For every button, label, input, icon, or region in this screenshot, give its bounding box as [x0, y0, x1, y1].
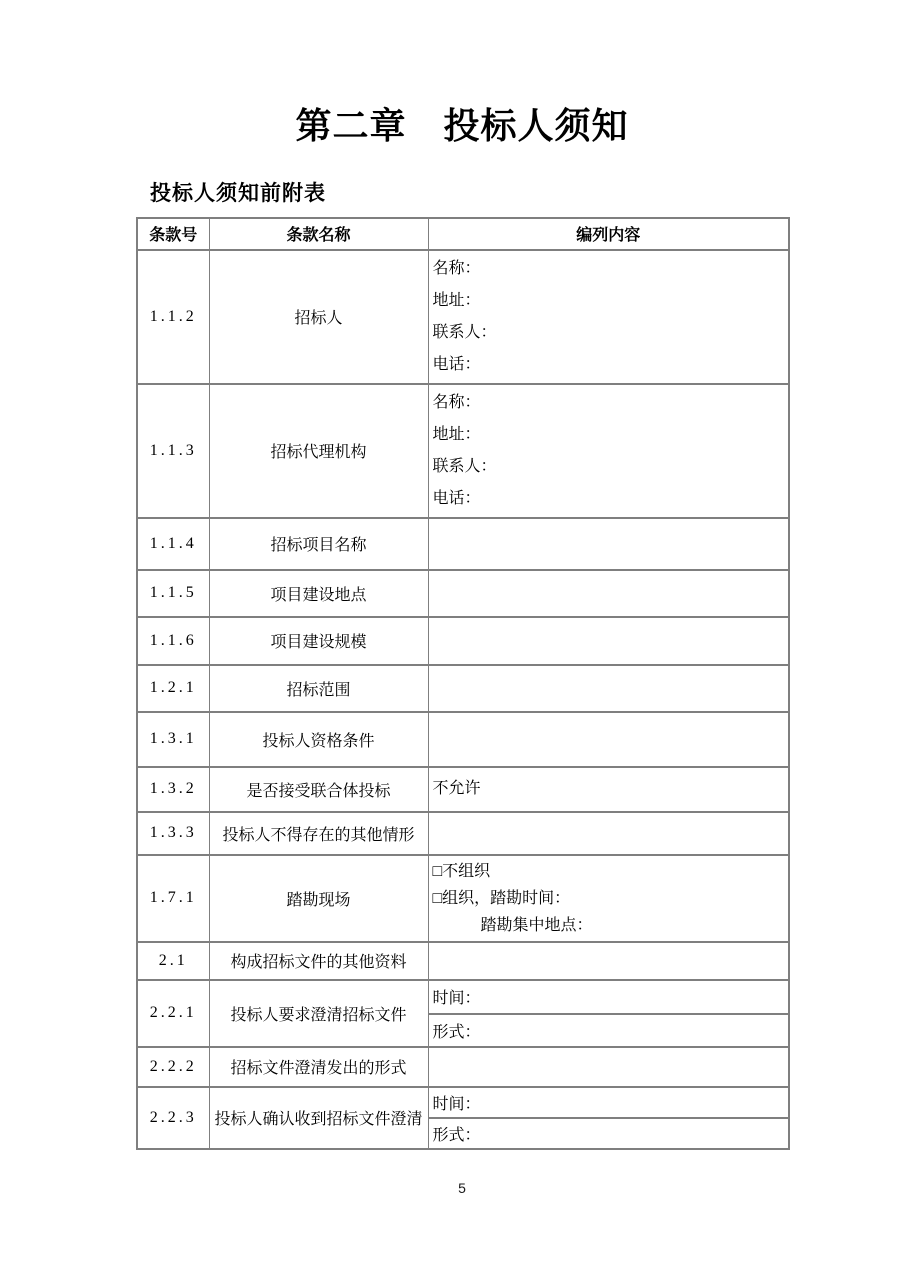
- clause-content: [428, 1047, 789, 1087]
- table-row: 1.1.5 项目建设地点: [137, 570, 789, 617]
- clause-name: 项目建设规模: [209, 617, 428, 665]
- clause-name: 招标文件澄清发出的形式: [209, 1047, 428, 1087]
- clause-name: 招标代理机构: [209, 384, 428, 518]
- content-line: 名称：: [433, 387, 785, 419]
- content-line: 地址：: [433, 285, 785, 317]
- checkbox-line: □不组织: [433, 858, 785, 885]
- clause-name: 投标人不得存在的其他情形: [209, 812, 428, 855]
- clause-no: 1.1.5: [137, 570, 209, 617]
- clause-name: 项目建设地点: [209, 570, 428, 617]
- content-line: 不允许: [433, 778, 785, 800]
- clause-name: 招标范围: [209, 665, 428, 712]
- section-heading: 投标人须知前附表: [150, 177, 788, 207]
- content-line: 电话：: [433, 349, 785, 381]
- clause-content: [428, 665, 789, 712]
- clause-no: 1.3.1: [137, 712, 209, 767]
- clause-name: 投标人确认收到招标文件澄清: [209, 1087, 428, 1149]
- table-header-row: 条款号 条款名称 编列内容: [137, 218, 789, 250]
- header-clause-name: 条款名称: [209, 218, 428, 250]
- table-row: 1.1.4 招标项目名称: [137, 518, 789, 570]
- clause-no: 1.1.2: [137, 250, 209, 384]
- content-line: 踏勘集中地点：: [433, 912, 785, 939]
- table-row: 1.3.3 投标人不得存在的其他情形: [137, 812, 789, 855]
- table-row: 1.1.6 项目建设规模: [137, 617, 789, 665]
- clause-no: 2.1: [137, 942, 209, 980]
- header-content: 编列内容: [428, 218, 789, 250]
- clause-content: [428, 812, 789, 855]
- clause-no: 2.2.3: [137, 1087, 209, 1149]
- clause-name: 构成招标文件的其他资料: [209, 942, 428, 980]
- content-line: 名称：: [433, 253, 785, 285]
- clause-no: 1.1.4: [137, 518, 209, 570]
- content-line: 联系人：: [433, 317, 785, 349]
- clause-content: [428, 518, 789, 570]
- clause-content: [428, 942, 789, 980]
- clause-name: 踏勘现场: [209, 855, 428, 942]
- clause-no: 1.3.3: [137, 812, 209, 855]
- clause-name: 招标人: [209, 250, 428, 384]
- clause-no: 1.3.2: [137, 767, 209, 812]
- clause-content-time: 时间：: [428, 980, 789, 1014]
- table-row: 1.1.2 招标人 名称： 地址： 联系人： 电话：: [137, 250, 789, 384]
- content-line: 联系人：: [433, 451, 785, 483]
- content-block: 第二章 投标人须知 投标人须知前附表 条款号 条款名称 编列内容 1.1.2 招…: [136, 0, 788, 1150]
- clause-no: 1.1.3: [137, 384, 209, 518]
- clause-content: [428, 570, 789, 617]
- clause-no: 2.2.1: [137, 980, 209, 1047]
- clause-name: 投标人要求澄清招标文件: [209, 980, 428, 1047]
- clause-no: 1.7.1: [137, 855, 209, 942]
- clause-content: 名称： 地址： 联系人： 电话：: [428, 384, 789, 518]
- clause-content: [428, 712, 789, 767]
- clause-name: 招标项目名称: [209, 518, 428, 570]
- table-row: 2.2.2 招标文件澄清发出的形式: [137, 1047, 789, 1087]
- clause-content: [428, 617, 789, 665]
- chapter-title: 第二章 投标人须知: [136, 0, 788, 151]
- clause-name: 投标人资格条件: [209, 712, 428, 767]
- table-row: 1.3.1 投标人资格条件: [137, 712, 789, 767]
- page-number: 5: [136, 1180, 788, 1196]
- table-row: 1.7.1 踏勘现场 □不组织 □组织，踏勘时间： 踏勘集中地点：: [137, 855, 789, 942]
- header-clause-no: 条款号: [137, 218, 209, 250]
- table-row: 1.1.3 招标代理机构 名称： 地址： 联系人： 电话：: [137, 384, 789, 518]
- clause-no: 1.1.6: [137, 617, 209, 665]
- clause-name: 是否接受联合体投标: [209, 767, 428, 812]
- clause-content: 不允许: [428, 767, 789, 812]
- content-line: 电话：: [433, 483, 785, 515]
- checkbox-line: □组织，踏勘时间：: [433, 885, 785, 912]
- clause-content: □不组织 □组织，踏勘时间： 踏勘集中地点：: [428, 855, 789, 942]
- clause-no: 2.2.2: [137, 1047, 209, 1087]
- clauses-table: 条款号 条款名称 编列内容 1.1.2 招标人 名称： 地址： 联系人： 电话：: [136, 217, 790, 1150]
- clause-content-time: 时间：: [428, 1087, 789, 1118]
- document-page: 第二章 投标人须知 投标人须知前附表 条款号 条款名称 编列内容 1.1.2 招…: [0, 0, 900, 1272]
- table-row: 2.1 构成招标文件的其他资料: [137, 942, 789, 980]
- table-row: 2.2.3 投标人确认收到招标文件澄清 时间：: [137, 1087, 789, 1118]
- table-row: 1.2.1 招标范围: [137, 665, 789, 712]
- clause-content-form: 形式：: [428, 1118, 789, 1149]
- content-line: 地址：: [433, 419, 785, 451]
- clause-no: 1.2.1: [137, 665, 209, 712]
- clause-content-form: 形式：: [428, 1014, 789, 1047]
- table-row: 2.2.1 投标人要求澄清招标文件 时间：: [137, 980, 789, 1014]
- clause-content: 名称： 地址： 联系人： 电话：: [428, 250, 789, 384]
- table-row: 1.3.2 是否接受联合体投标 不允许: [137, 767, 789, 812]
